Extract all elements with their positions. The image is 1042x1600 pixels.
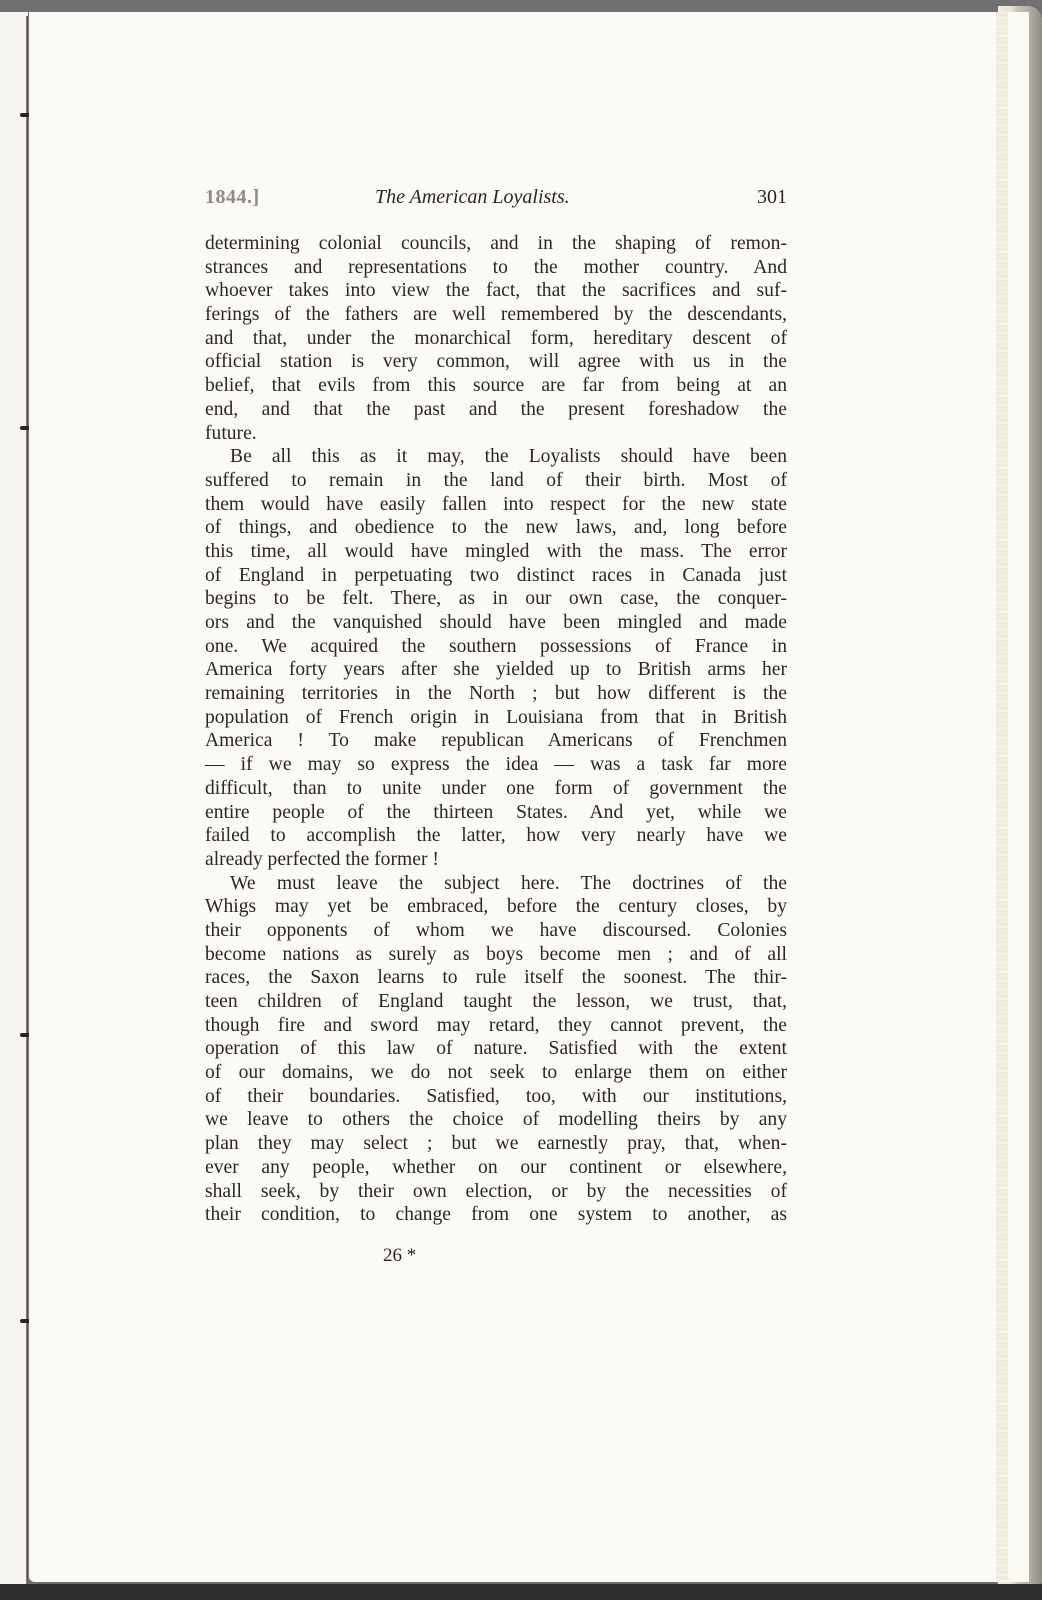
text-line: suffered to remain in the land of their … <box>205 469 787 493</box>
scan-bottom-border <box>0 1584 1042 1600</box>
text-line: them would have easily fallen into respe… <box>205 493 787 517</box>
text-line: already perfected the former ! <box>205 848 787 872</box>
text-line: population of French origin in Louisiana… <box>205 706 787 730</box>
text-line: shall seek, by their own election, or by… <box>205 1180 787 1204</box>
text-line: ors and the vanquished should have been … <box>205 611 787 635</box>
signature-mark: 26 * <box>383 1245 416 1267</box>
text-line: — if we may so express the idea — was a … <box>205 753 787 777</box>
page-text-block: 1844.] The American Loyalists. 301 deter… <box>205 186 787 1227</box>
text-line: one. We acquired the southern possession… <box>205 635 787 659</box>
text-line: entire people of the thirteen States. An… <box>205 801 787 825</box>
paragraph-2: Be all this as it may, the Loyalists sho… <box>205 445 787 871</box>
text-line: Whigs may yet be embraced, before the ce… <box>205 895 787 919</box>
text-line: ever any people, whether on our continen… <box>205 1156 787 1180</box>
text-line: America ! To make republican Americans o… <box>205 729 787 753</box>
page-number: 301 <box>757 186 787 209</box>
text-line: whoever takes into view the fact, that t… <box>205 279 787 303</box>
text-line: we leave to others the choice of modelli… <box>205 1108 787 1132</box>
text-line: of their boundaries. Satisfied, too, wit… <box>205 1085 787 1109</box>
text-line: Be all this as it may, the Loyalists sho… <box>205 445 787 469</box>
text-line: operation of this law of nature. Satisfi… <box>205 1037 787 1061</box>
text-line: though fire and sword may retard, they c… <box>205 1014 787 1038</box>
text-line: their opponents of whom we have discours… <box>205 919 787 943</box>
deckled-page-edge <box>996 12 1008 1580</box>
text-line: remaining territories in the North ; but… <box>205 682 787 706</box>
facing-page-strip <box>0 12 28 1584</box>
text-line: failed to accomplish the latter, how ver… <box>205 824 787 848</box>
text-line: plan they may select ; but we earnestly … <box>205 1132 787 1156</box>
text-line: and that, under the monarchical form, he… <box>205 327 787 351</box>
text-line: teen children of England taught the less… <box>205 990 787 1014</box>
paragraph-3: We must leave the subject here. The doct… <box>205 872 787 1227</box>
running-head: 1844.] The American Loyalists. 301 <box>205 186 787 212</box>
text-line: of things, and obedience to the new laws… <box>205 516 787 540</box>
text-line: of our domains, we do not seek to enlarg… <box>205 1061 787 1085</box>
text-line: official station is very common, will ag… <box>205 350 787 374</box>
text-line: end, and that the past and the present f… <box>205 398 787 422</box>
text-line: of England in perpetuating two distinct … <box>205 564 787 588</box>
text-line: belief, that evils from this source are … <box>205 374 787 398</box>
running-head-title: The American Loyalists. <box>375 186 570 209</box>
text-line: their condition, to change from one syst… <box>205 1203 787 1227</box>
text-line: America forty years after she yielded up… <box>205 658 787 682</box>
running-head-year: 1844.] <box>205 186 260 209</box>
text-line: this time, all would have mingled with t… <box>205 540 787 564</box>
text-line: begins to be felt. There, as in our own … <box>205 587 787 611</box>
text-line: difficult, than to unite under one form … <box>205 777 787 801</box>
text-line: races, the Saxon learns to rule itself t… <box>205 966 787 990</box>
text-line: ferings of the fathers are well remember… <box>205 303 787 327</box>
text-line: become nations as surely as boys become … <box>205 943 787 967</box>
text-line: strances and representations to the moth… <box>205 256 787 280</box>
text-line: future. <box>205 422 787 446</box>
text-line: determining colonial councils, and in th… <box>205 232 787 256</box>
text-line: We must leave the subject here. The doct… <box>205 872 787 896</box>
scan-top-border <box>0 0 1042 12</box>
paragraph-1: determining colonial councils, and in th… <box>205 232 787 445</box>
